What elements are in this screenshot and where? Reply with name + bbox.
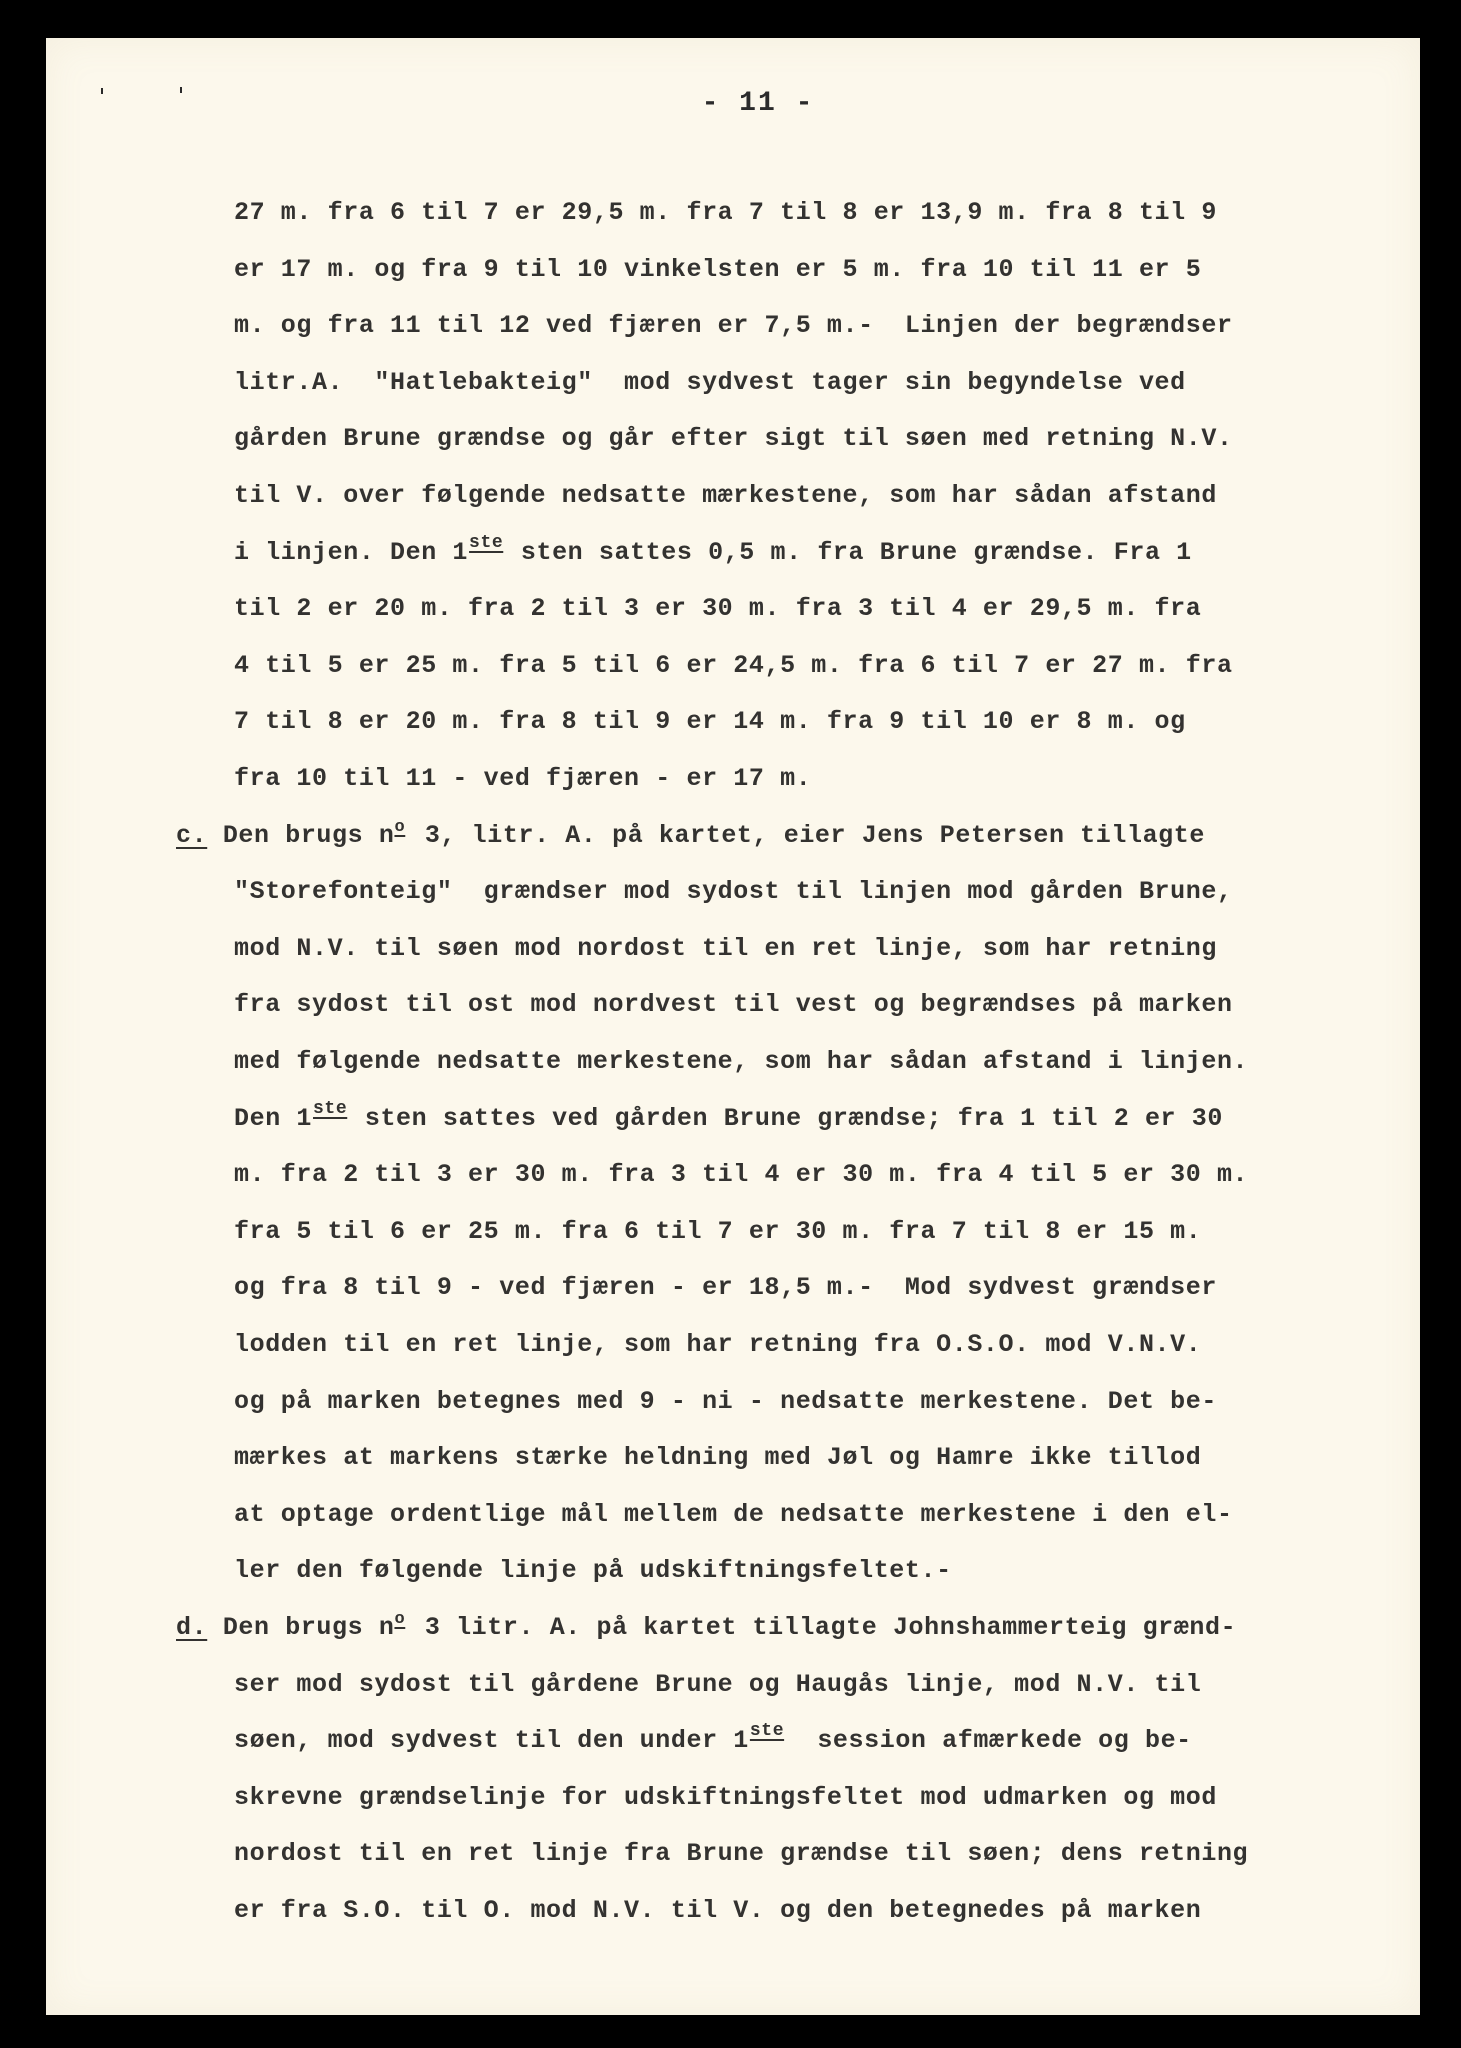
line-text: Den 1 [234, 1104, 312, 1133]
text-line: Den 1ste sten sattes ved gården Brune gr… [234, 1104, 1223, 1133]
section-label: d. [176, 1613, 207, 1642]
line-text: fra 5 til 6 er 25 m. fra 6 til 7 er 30 m… [234, 1217, 1201, 1246]
line-text: ler den følgende linje på udskiftningsfe… [234, 1556, 952, 1585]
line-text: mod N.V. til søen mod nordost til en ret… [234, 934, 1217, 963]
line-text: søen, mod sydvest til den under 1 [234, 1726, 749, 1755]
line-text: 3 litr. A. på kartet tillagte Johnshamme… [409, 1613, 1236, 1642]
text-line: gården Brune grændse og går efter sigt t… [234, 424, 1233, 453]
line-text: er fra S.O. til O. mod N.V. til V. og de… [234, 1896, 1201, 1925]
line-text: lodden til en ret linje, som har retning… [234, 1330, 1201, 1359]
ordinal-superscript: o [394, 1610, 405, 1629]
text-line: fra 10 til 11 - ved fjæren - er 17 m. [234, 764, 811, 793]
line-text: 3, litr. A. på kartet, eier Jens Peterse… [409, 821, 1205, 850]
line-text: litr.A. "Hatlebakteig" mod sydvest tager… [234, 368, 1186, 397]
section-label: c. [176, 821, 207, 850]
line-text: Den brugs n [207, 1613, 394, 1642]
text-line: c. Den brugs no 3, litr. A. på kartet, e… [176, 821, 1205, 850]
line-text: "Storefonteig" grændser mod sydost til l… [234, 877, 1233, 906]
text-line: 27 m. fra 6 til 7 er 29,5 m. fra 7 til 8… [234, 198, 1217, 227]
line-text: til 2 er 20 m. fra 2 til 3 er 30 m. fra … [234, 594, 1201, 623]
text-line: ser mod sydost til gårdene Brune og Haug… [234, 1670, 1201, 1699]
text-line: i linjen. Den 1ste sten sattes 0,5 m. fr… [234, 538, 1192, 567]
text-line: 7 til 8 er 20 m. fra 8 til 9 er 14 m. fr… [234, 707, 1186, 736]
text-line: d. Den brugs no 3 litr. A. på kartet til… [176, 1613, 1236, 1642]
text-line: at optage ordentlige mål mellem de nedsa… [234, 1500, 1233, 1529]
text-line: "Storefonteig" grændser mod sydost til l… [234, 877, 1233, 906]
line-text: nordost til en ret linje fra Brune grænd… [234, 1839, 1248, 1868]
line-text: 7 til 8 er 20 m. fra 8 til 9 er 14 m. fr… [234, 707, 1186, 736]
document-page: - 11 - 27 m. fra 6 til 7 er 29,5 m. fra … [46, 38, 1420, 2015]
text-line: med følgende nedsatte merkestene, som ha… [234, 1047, 1248, 1076]
text-line: fra 5 til 6 er 25 m. fra 6 til 7 er 30 m… [234, 1217, 1201, 1246]
line-text: m. og fra 11 til 12 ved fjæren er 7,5 m.… [234, 311, 1233, 340]
line-text: fra 10 til 11 - ved fjæren - er 17 m. [234, 764, 811, 793]
text-line: og fra 8 til 9 - ved fjæren - er 18,5 m.… [234, 1273, 1217, 1302]
text-line: til 2 er 20 m. fra 2 til 3 er 30 m. fra … [234, 594, 1201, 623]
text-line: skrevne grændselinje for udskiftningsfel… [234, 1783, 1217, 1812]
line-text: med følgende nedsatte merkestene, som ha… [234, 1047, 1248, 1076]
line-text: m. fra 2 til 3 er 30 m. fra 3 til 4 er 3… [234, 1160, 1248, 1189]
line-text: 4 til 5 er 25 m. fra 5 til 6 er 24,5 m. … [234, 651, 1233, 680]
document-body: 27 m. fra 6 til 7 er 29,5 m. fra 7 til 8… [46, 38, 1420, 2015]
ordinal-superscript: ste [469, 533, 503, 553]
line-text: til V. over følgende nedsatte mærkestene… [234, 481, 1217, 510]
line-text: ser mod sydost til gårdene Brune og Haug… [234, 1670, 1201, 1699]
text-line: og på marken betegnes med 9 - ni - nedsa… [234, 1387, 1217, 1416]
ordinal-superscript: ste [313, 1099, 347, 1119]
text-line: m. fra 2 til 3 er 30 m. fra 3 til 4 er 3… [234, 1160, 1248, 1189]
line-text: og på marken betegnes med 9 - ni - nedsa… [234, 1387, 1217, 1416]
text-line: mærkes at markens stærke heldning med Jø… [234, 1443, 1201, 1472]
text-line: lodden til en ret linje, som har retning… [234, 1330, 1201, 1359]
text-line: ler den følgende linje på udskiftningsfe… [234, 1556, 952, 1585]
line-text: og fra 8 til 9 - ved fjæren - er 18,5 m.… [234, 1273, 1217, 1302]
text-line: m. og fra 11 til 12 ved fjæren er 7,5 m.… [234, 311, 1233, 340]
ordinal-superscript: o [394, 818, 405, 837]
line-text: session afmærkede og be- [786, 1726, 1192, 1755]
text-line: fra sydost til ost mod nordvest til vest… [234, 990, 1233, 1019]
text-line: til V. over følgende nedsatte mærkestene… [234, 481, 1217, 510]
line-text: at optage ordentlige mål mellem de nedsa… [234, 1500, 1233, 1529]
text-line: er 17 m. og fra 9 til 10 vinkelsten er 5… [234, 255, 1201, 284]
line-text: skrevne grændselinje for udskiftningsfel… [234, 1783, 1217, 1812]
text-line: litr.A. "Hatlebakteig" mod sydvest tager… [234, 368, 1186, 397]
line-text: er 17 m. og fra 9 til 10 vinkelsten er 5… [234, 255, 1201, 284]
line-text: fra sydost til ost mod nordvest til vest… [234, 990, 1233, 1019]
text-line: mod N.V. til søen mod nordost til en ret… [234, 934, 1217, 963]
line-text: 27 m. fra 6 til 7 er 29,5 m. fra 7 til 8… [234, 198, 1217, 227]
text-line: er fra S.O. til O. mod N.V. til V. og de… [234, 1896, 1201, 1925]
line-text: sten sattes ved gården Brune grændse; fr… [349, 1104, 1223, 1133]
line-text: gården Brune grændse og går efter sigt t… [234, 424, 1233, 453]
line-text: mærkes at markens stærke heldning med Jø… [234, 1443, 1201, 1472]
text-line: nordost til en ret linje fra Brune grænd… [234, 1839, 1248, 1868]
line-text: Den brugs n [207, 821, 394, 850]
text-line: søen, mod sydvest til den under 1ste ses… [234, 1726, 1192, 1755]
line-text: i linjen. Den 1 [234, 538, 468, 567]
text-line: 4 til 5 er 25 m. fra 5 til 6 er 24,5 m. … [234, 651, 1233, 680]
ordinal-superscript: ste [750, 1721, 784, 1741]
line-text: sten sattes 0,5 m. fra Brune grændse. Fr… [505, 538, 1192, 567]
